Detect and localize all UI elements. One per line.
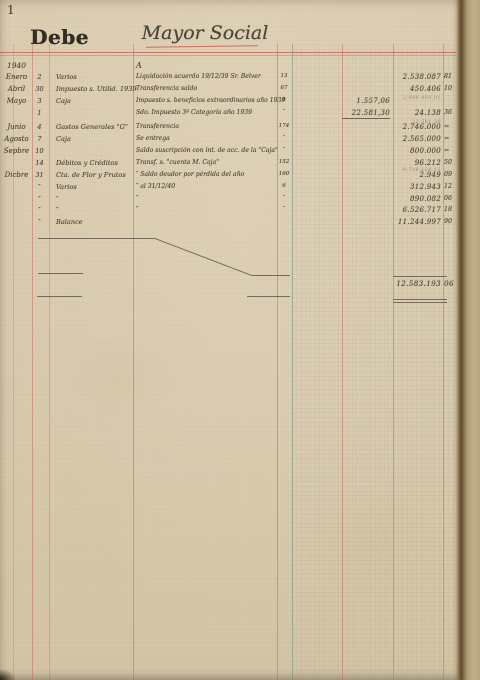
account-cell: Caja bbox=[56, 97, 135, 105]
month-cell: Mayo bbox=[1, 97, 32, 105]
folio-cell: ″ bbox=[277, 109, 291, 115]
ledger-row: Junio 4 Gastos Generales "G" Transferenc… bbox=[0, 123, 480, 134]
ledger-row: Sepbre 10 Saldo suscripción con int. de … bbox=[0, 147, 480, 158]
total-rule-bottom-2 bbox=[393, 302, 447, 303]
day-cell: 7 bbox=[31, 135, 48, 143]
folio-cell: 13 bbox=[277, 73, 291, 79]
day-cell: 1 bbox=[31, 109, 48, 117]
amount-partial-cell: 1.557,06 bbox=[342, 97, 390, 105]
total-amount: 12.583.193 bbox=[392, 279, 441, 288]
day-cell: ″ bbox=[31, 183, 48, 191]
amount-cell: 450.406 bbox=[392, 85, 441, 93]
closing-line bbox=[38, 238, 155, 239]
account-cell: Cta. de Flor y Frutos bbox=[56, 171, 135, 179]
folio-cell: 6 bbox=[277, 183, 291, 189]
detail-cell: Transf. s. "cuenta M. Caja" bbox=[136, 159, 276, 166]
total-rule-bottom bbox=[393, 299, 447, 300]
month-cell: Sepbre bbox=[1, 147, 32, 155]
day-cell: ″ bbox=[31, 218, 48, 226]
day-cell: 14 bbox=[31, 159, 48, 167]
amount-cell: 6.526.717 bbox=[392, 206, 441, 214]
month-cell: Agosto bbox=[1, 135, 32, 143]
page-corner-shadow bbox=[0, 669, 16, 680]
amount-cell: 2.565.000 bbox=[392, 135, 441, 143]
day-cell: 4 bbox=[31, 123, 48, 131]
amount-cell: 2.538.087 bbox=[392, 73, 441, 81]
month-cell: Junio bbox=[1, 123, 32, 131]
header-rule bbox=[0, 52, 456, 53]
total-rule-top bbox=[393, 276, 447, 277]
account-cell: Gastos Generales "G" bbox=[56, 123, 135, 131]
account-cell: Varios bbox=[56, 183, 135, 191]
detail-cell: Saldo suscripción con int. de acc. de la… bbox=[136, 147, 276, 154]
detail-cell: ″ bbox=[136, 195, 276, 202]
ledger-row: Enero 2 Varios Liquidación acuerdo 19/12… bbox=[0, 73, 480, 84]
closing-line bbox=[38, 273, 83, 274]
account-cell: Caja bbox=[56, 135, 135, 143]
account-cell: ″ bbox=[56, 195, 135, 203]
folio-cell: ″ bbox=[277, 147, 291, 153]
detail-cell: Sdo. Impuesto 3ª Categoría año 1939 bbox=[136, 109, 276, 116]
day-cell: 2 bbox=[31, 73, 48, 81]
amount-cell: 890.082 bbox=[392, 195, 441, 203]
folio-cell: ″ bbox=[277, 135, 291, 141]
amount-cell: 96.212 bbox=[392, 159, 441, 167]
amount-cell: 2.746.000 bbox=[392, 123, 441, 131]
account-cell: Débitos y Créditos bbox=[56, 159, 135, 167]
amount-partial-cell: 22.581,30 bbox=[342, 109, 390, 119]
page-number: 1 bbox=[7, 3, 15, 17]
detail-cell: Impuesto s. beneficios extraordinarios a… bbox=[136, 97, 276, 104]
day-cell: 10 bbox=[31, 147, 48, 155]
detail-cell: Liquidación acuerdo 19/12/39 Sr. Belver bbox=[136, 73, 276, 80]
ledger-row: 1940 A bbox=[0, 61, 480, 72]
month-cell: Abril bbox=[1, 85, 32, 93]
day-cell: 3 bbox=[31, 97, 48, 105]
detail-cell: ″ al 31/12/40 bbox=[136, 183, 276, 190]
folio-cell: ″ bbox=[277, 195, 291, 201]
ledger-row: ″ Varios ″ al 31/12/40 6 312.943 12 bbox=[0, 183, 480, 194]
day-cell: 30 bbox=[31, 85, 48, 93]
ledger-row: ″ ″ ″ ″ 890.082 06 bbox=[0, 195, 480, 206]
folio-cell: 67 bbox=[277, 85, 291, 91]
debit-header: Debe bbox=[30, 25, 89, 49]
ledger-row: Mayo 3 Caja Impuesto s. beneficios extra… bbox=[0, 97, 480, 108]
detail-cell: ″ bbox=[136, 206, 276, 213]
month-cell: Enero bbox=[1, 73, 32, 81]
closing-line bbox=[247, 296, 290, 297]
day-cell: ″ bbox=[31, 195, 48, 203]
title-underline bbox=[146, 45, 258, 48]
paper-stain bbox=[60, 330, 180, 420]
closing-diagonal-line bbox=[155, 238, 253, 276]
ledger-page: 1 Debe Mayor Social 1940 A Enero 2 Vario… bbox=[0, 0, 480, 680]
detail-cell: ″ Saldo deudor por pérdida del año bbox=[136, 171, 276, 178]
opening-mark: A bbox=[136, 61, 276, 70]
amount-cell: 2.949 bbox=[392, 171, 441, 179]
account-cell: ″ bbox=[56, 206, 135, 214]
detail-cell: Transferencia saldo bbox=[136, 85, 276, 92]
closing-line bbox=[252, 275, 290, 276]
ledger-row: Agosto 7 Caja Se entrega ″ 2.565.000 = bbox=[0, 135, 480, 146]
folio-cell: 152 bbox=[277, 159, 291, 165]
day-cell: 31 bbox=[31, 171, 48, 179]
amount-cell: 11.244.997 bbox=[392, 218, 441, 226]
page-title: Mayor Social bbox=[140, 22, 270, 44]
ledger-row: ″ ″ ″ ″ 6.526.717 18 bbox=[0, 206, 480, 217]
folio-cell: 6 bbox=[277, 97, 291, 103]
month-cell: Dicbre bbox=[1, 171, 32, 179]
header-rule-2 bbox=[0, 55, 456, 56]
folio-cell: 160 bbox=[277, 171, 291, 177]
folio-cell: 174 bbox=[277, 123, 291, 129]
book-page-edge bbox=[452, 0, 480, 680]
closing-line bbox=[37, 296, 82, 297]
day-cell: ″ bbox=[31, 206, 48, 214]
ledger-row: ″ Balance 11.244.997 90 bbox=[0, 218, 480, 229]
detail-cell: Transferencia bbox=[136, 123, 276, 130]
ledger-row: Dicbre 31 Cta. de Flor y Frutos ″ Saldo … bbox=[0, 171, 480, 182]
account-cell: Balance bbox=[56, 218, 135, 226]
account-cell: Varios bbox=[56, 73, 135, 81]
amount-cell: 24.138 bbox=[392, 109, 441, 117]
amount-cell: 800.000 bbox=[392, 147, 441, 155]
folio-cell: ″ bbox=[277, 206, 291, 212]
year-label: 1940 bbox=[1, 61, 32, 70]
account-cell: Impuesto s. Utilid. 1939 bbox=[56, 85, 135, 93]
detail-cell: Se entrega bbox=[136, 135, 276, 142]
amount-cell: 312.943 bbox=[392, 183, 441, 191]
